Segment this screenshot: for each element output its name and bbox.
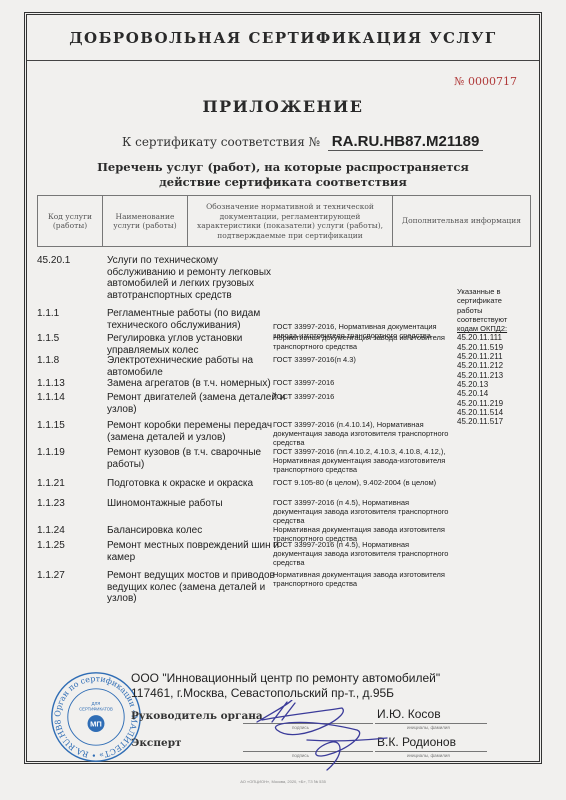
column-header-additional: Дополнительная информация — [393, 196, 531, 247]
handwritten-signature-icon — [247, 700, 397, 780]
cell-name: Подготовка к окраске и окраска — [107, 478, 287, 490]
okpd2-code: 45.20.11.213 — [457, 371, 529, 380]
cell-name: Ремонт двигателей (замена деталей и узло… — [107, 392, 287, 415]
cell-name: Шиномонтажные работы — [107, 498, 287, 510]
column-header-code: Код услуги (работы) — [38, 196, 103, 247]
okpd2-code: 45.20.11.519 — [457, 343, 529, 352]
okpd2-code: 45.20.11.111 — [457, 333, 529, 342]
serial-number: № 0000717 — [454, 75, 517, 88]
cert-ref-label: К сертификату соответствия № — [122, 135, 320, 149]
okpd2-code: 45.20.11.514 — [457, 408, 529, 417]
cell-doc: ГОСТ 33997-2016 — [273, 378, 458, 387]
certificate-reference: К сертификату соответствия № RA.RU.HB87.… — [122, 133, 483, 150]
cell-code: 1.1.5 — [37, 333, 97, 345]
cell-code: 1.1.14 — [37, 392, 97, 404]
okpd2-code: 45.20.11.212 — [457, 361, 529, 370]
cell-code: 1.1.21 — [37, 478, 97, 490]
okpd2-code: 45.20.11.517 — [457, 417, 529, 426]
cell-doc: ГОСТ 33997-2016 (пп.4.10.2, 4.10.3, 4.10… — [273, 447, 458, 474]
cell-code: 1.1.27 — [37, 570, 97, 582]
cell-doc: Нормативная документация завода изготови… — [273, 570, 458, 588]
cell-code: 1.1.15 — [37, 420, 97, 432]
seal-stamp-icon: Орган по сертификации «МАЛИТЕСТ» • RA.RU… — [49, 670, 143, 764]
cell-doc: ГОСТ 33997-2016 (п 4.5), Нормативная док… — [273, 498, 458, 525]
cell-code: 1.1.24 — [37, 525, 97, 537]
head-label: Руководитель органа — [131, 710, 263, 722]
cell-code: 1.1.13 — [37, 378, 97, 390]
table-header: Код услуги (работы) Наименование услуги … — [37, 195, 531, 247]
organization-name: ООО "Инновационный центр по ремонту авто… — [131, 671, 440, 686]
cell-doc: Нормативная документация завода изготови… — [273, 333, 458, 351]
cell-name: Электротехнические работы на автомобиле — [107, 355, 287, 378]
okpd2-code: 45.20.11.219 — [457, 399, 529, 408]
banner: ДОБРОВОЛЬНАЯ СЕРТИФИКАЦИЯ УСЛУГ — [27, 15, 539, 61]
subtitle-line-1: Перечень услуг (работ), на которые распр… — [27, 160, 539, 175]
cell-name: Регламентные работы (по видам техническо… — [107, 308, 287, 331]
page-title: ПРИЛОЖЕНИЕ — [27, 97, 539, 116]
cell-name: Ремонт ведущих мостов и приводов ведущих… — [107, 570, 287, 605]
cell-doc: ГОСТ 33997-2016 — [273, 392, 458, 401]
cell-code: 1.1.25 — [37, 540, 97, 552]
column-header-name: Наименование услуги (работы) — [103, 196, 188, 247]
cell-code: 1.1.23 — [37, 498, 97, 510]
additional-info: Указанные в сертификате работы соответст… — [457, 287, 529, 426]
organization-address: 117461, г.Москва, Севастопольский пр-т.,… — [131, 686, 440, 701]
banner-title: ДОБРОВОЛЬНАЯ СЕРТИФИКАЦИЯ УСЛУГ — [69, 29, 497, 47]
document-frame: ДОБРОВОЛЬНАЯ СЕРТИФИКАЦИЯ УСЛУГ № 000071… — [24, 12, 542, 764]
okpd2-codes: 45.20.11.11145.20.11.51945.20.11.21145.2… — [457, 333, 529, 426]
svg-text:СЕРТИФИКАТОВ: СЕРТИФИКАТОВ — [79, 706, 113, 711]
additional-info-intro: Указанные в сертификате работы соответст… — [457, 287, 507, 324]
cell-name: Услуги по техническому обслуживанию и ре… — [107, 255, 287, 301]
cert-ref-number: RA.RU.HB87.M21189 — [328, 133, 484, 151]
okpd2-code: 45.20.13 — [457, 380, 529, 389]
cell-doc: ГОСТ 33997-2016 (п.4.10.14), Нормативная… — [273, 420, 458, 447]
cell-code: 1.1.19 — [37, 447, 97, 459]
cell-name: Замена агрегатов (в т.ч. номерных) — [107, 378, 287, 390]
print-footer: АО «ОПЦИОН», Москва, 2020, «Б», ТЗ № 535 — [0, 779, 566, 784]
svg-text:МП: МП — [90, 719, 102, 728]
subtitle: Перечень услуг (работ), на которые распр… — [27, 160, 539, 190]
cell-doc: ГОСТ 9.105-80 (в целом), 9.402-2004 (в ц… — [273, 478, 458, 487]
cell-name: Ремонт коробки перемены передач (замена … — [107, 420, 287, 443]
organization: ООО "Инновационный центр по ремонту авто… — [131, 671, 440, 701]
expert-label: Эксперт — [131, 737, 182, 749]
cell-name: Ремонт кузовов (в т.ч. сварочные работы) — [107, 447, 287, 470]
okpd2-code: 45.20.11.211 — [457, 352, 529, 361]
cell-doc: ГОСТ 33997-2016(п 4.3) — [273, 355, 458, 364]
cell-code: 1.1.1 — [37, 308, 97, 320]
cell-code: 45.20.1 — [37, 255, 97, 267]
cell-name: Регулировка углов установки управляемых … — [107, 333, 287, 356]
cell-doc: ГОСТ 33997-2016 (п 4.5), Нормативная док… — [273, 540, 458, 567]
subtitle-line-2: действие сертификата соответствия — [27, 175, 539, 190]
okpd2-label: кодам ОКПД2: — [457, 324, 507, 333]
svg-text:ДЛЯ: ДЛЯ — [92, 701, 101, 706]
expert-name-caption: инициалы, фамилия — [407, 753, 450, 758]
okpd2-code: 45.20.14 — [457, 389, 529, 398]
cell-name: Ремонт местных повреждений шин и камер — [107, 540, 287, 563]
cell-name: Балансировка колес — [107, 525, 287, 537]
cell-code: 1.1.8 — [37, 355, 97, 367]
column-header-docs: Обозначение нормативной и технической до… — [188, 196, 393, 247]
head-name-caption: инициалы, фамилия — [407, 725, 450, 730]
